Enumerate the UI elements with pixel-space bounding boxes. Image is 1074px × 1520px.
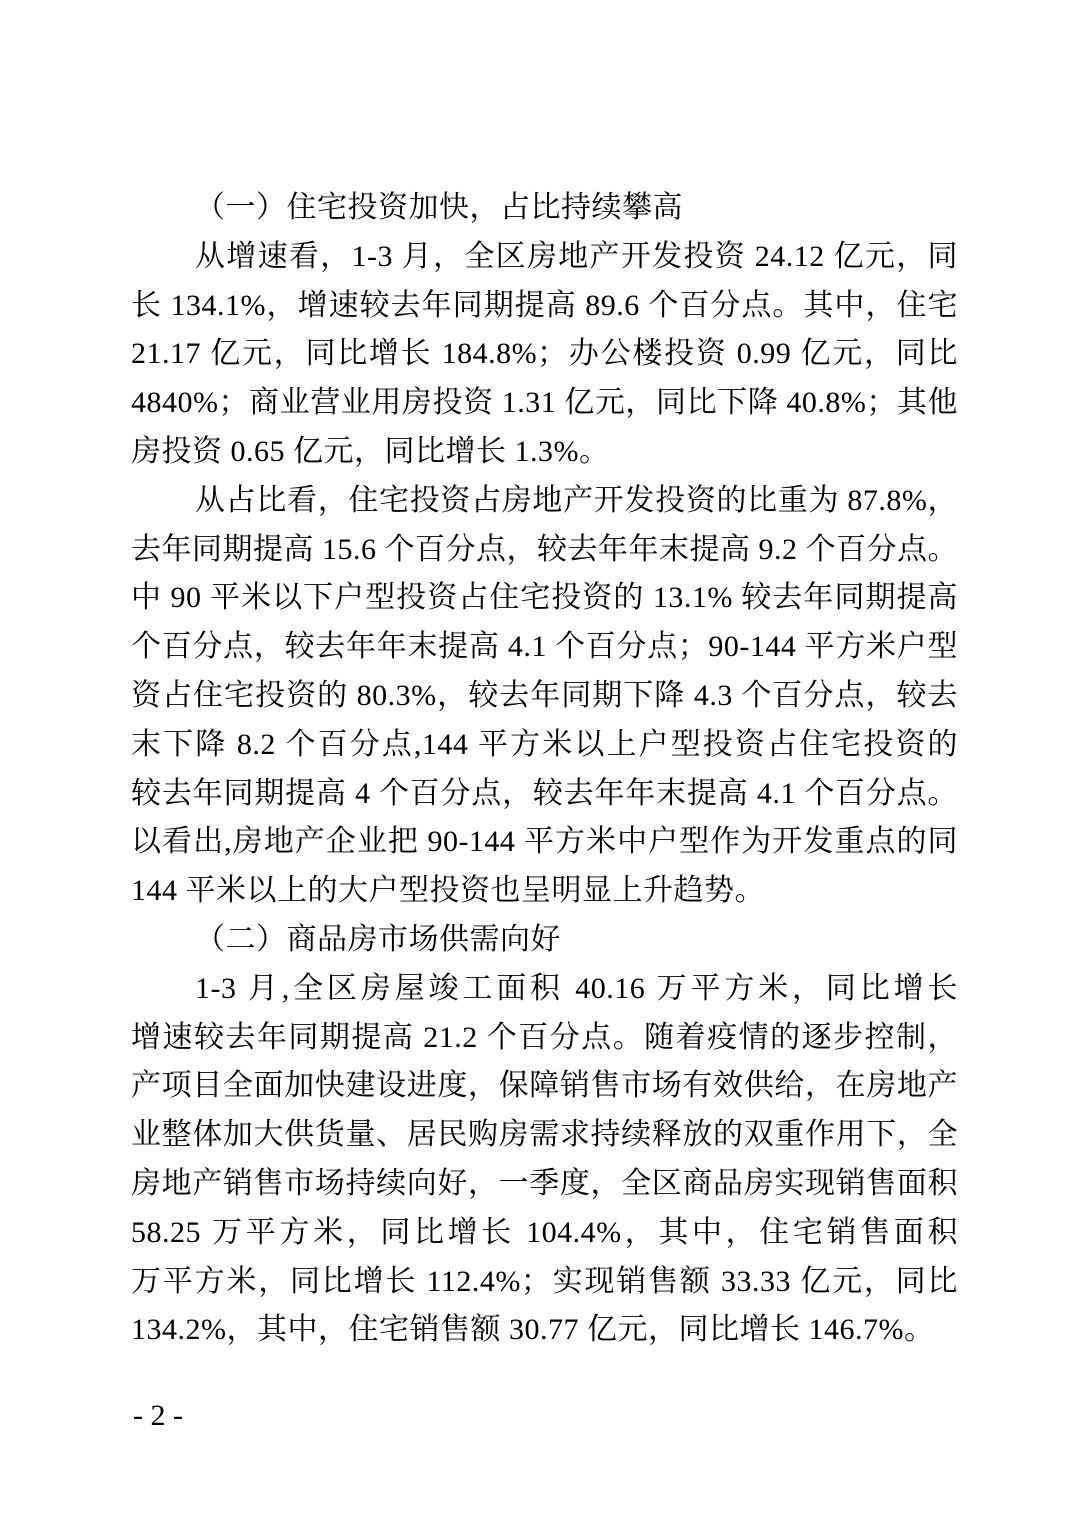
text-line: 万平方米，同比增长 112.4%；实现销售额 33.33 亿元，同比增长 — [131, 1258, 958, 1307]
document-body: （一）住宅投资加快，占比持续攀高从增速看，1-3 月，全区房地产开发投资 24.… — [131, 184, 958, 1355]
text-line: 134.2%，其中，住宅销售额 30.77 亿元，同比增长 146.7%。 — [131, 1306, 958, 1355]
text-line: 个百分点，较去年年末提高 4.1 个百分点；90-144 平方米户型投 — [131, 623, 958, 672]
paragraph: 从增速看，1-3 月，全区房地产开发投资 24.12 亿元，同比增长 134.1… — [131, 233, 958, 477]
text-line: 资占住宅投资的 80.3%，较去年同期下降 4.3 个百分点，较去年年 — [131, 672, 958, 721]
text-line: 4840%；商业营业用房投资 1.31 亿元，同比下降 40.8%；其他用 — [131, 379, 958, 428]
text-line: 中 90 平米以下户型投资占住宅投资的 13.1% 较去年同期提高 0.3 — [131, 574, 958, 623]
text-line: 较去年同期提高 4 个百分点，较去年年末提高 4.1 个百分点。可 — [131, 770, 958, 819]
text-line: 去年同期提高 15.6 个百分点，较去年年末提高 9.2 个百分点。其 — [131, 526, 958, 575]
text-line: 长 134.1%，增速较去年同期提高 89.6 个百分点。其中，住宅投资 — [131, 282, 958, 331]
text-line: 1-3 月,全区房屋竣工面积 40.16 万平方米，同比增长 41.0%， — [131, 965, 958, 1014]
document-page: （一）住宅投资加快，占比持续攀高从增速看，1-3 月，全区房地产开发投资 24.… — [0, 0, 1074, 1520]
text-line: 从增速看，1-3 月，全区房地产开发投资 24.12 亿元，同比增 — [131, 233, 958, 282]
text-line: 58.25 万平方米，同比增长 104.4%，其中，住宅销售面积 54.82 — [131, 1209, 958, 1258]
paragraph: 从占比看，住宅投资占房地产开发投资的比重为 87.8%，较去年同期提高 15.6… — [131, 477, 958, 916]
text-line: 增速较去年同期提高 21.2 个百分点。随着疫情的逐步控制，房地 — [131, 1014, 958, 1063]
text-line: 房投资 0.65 亿元，同比增长 1.3%。 — [131, 428, 958, 477]
text-line: 21.17 亿元，同比增长 184.8%；办公楼投资 0.99 亿元，同比增长 — [131, 330, 958, 379]
section-heading: （二）商品房市场供需向好 — [131, 916, 958, 965]
text-line: 产项目全面加快建设进度，保障销售市场有效供给，在房地产企 — [131, 1062, 958, 1111]
page-number: - 2 - — [133, 1394, 183, 1438]
paragraph: 1-3 月,全区房屋竣工面积 40.16 万平方米，同比增长 41.0%，增速较… — [131, 965, 958, 1355]
text-line: 以看出,房地产企业把 90-144 平方米中户型作为开发重点的同时， — [131, 818, 958, 867]
text-line: 从占比看，住宅投资占房地产开发投资的比重为 87.8%，较 — [131, 477, 958, 526]
section-heading: （一）住宅投资加快，占比持续攀高 — [131, 184, 958, 233]
text-line: 房地产销售市场持续向好，一季度，全区商品房实现销售面积 — [131, 1160, 958, 1209]
text-line: 末下降 8.2 个百分点,144 平方米以上户型投资占住宅投资的 6.6%， — [131, 721, 958, 770]
text-line: 144 平米以上的大户型投资也呈明显上升趋势。 — [131, 867, 958, 916]
text-line: 业整体加大供货量、居民购房需求持续释放的双重作用下，全区 — [131, 1111, 958, 1160]
